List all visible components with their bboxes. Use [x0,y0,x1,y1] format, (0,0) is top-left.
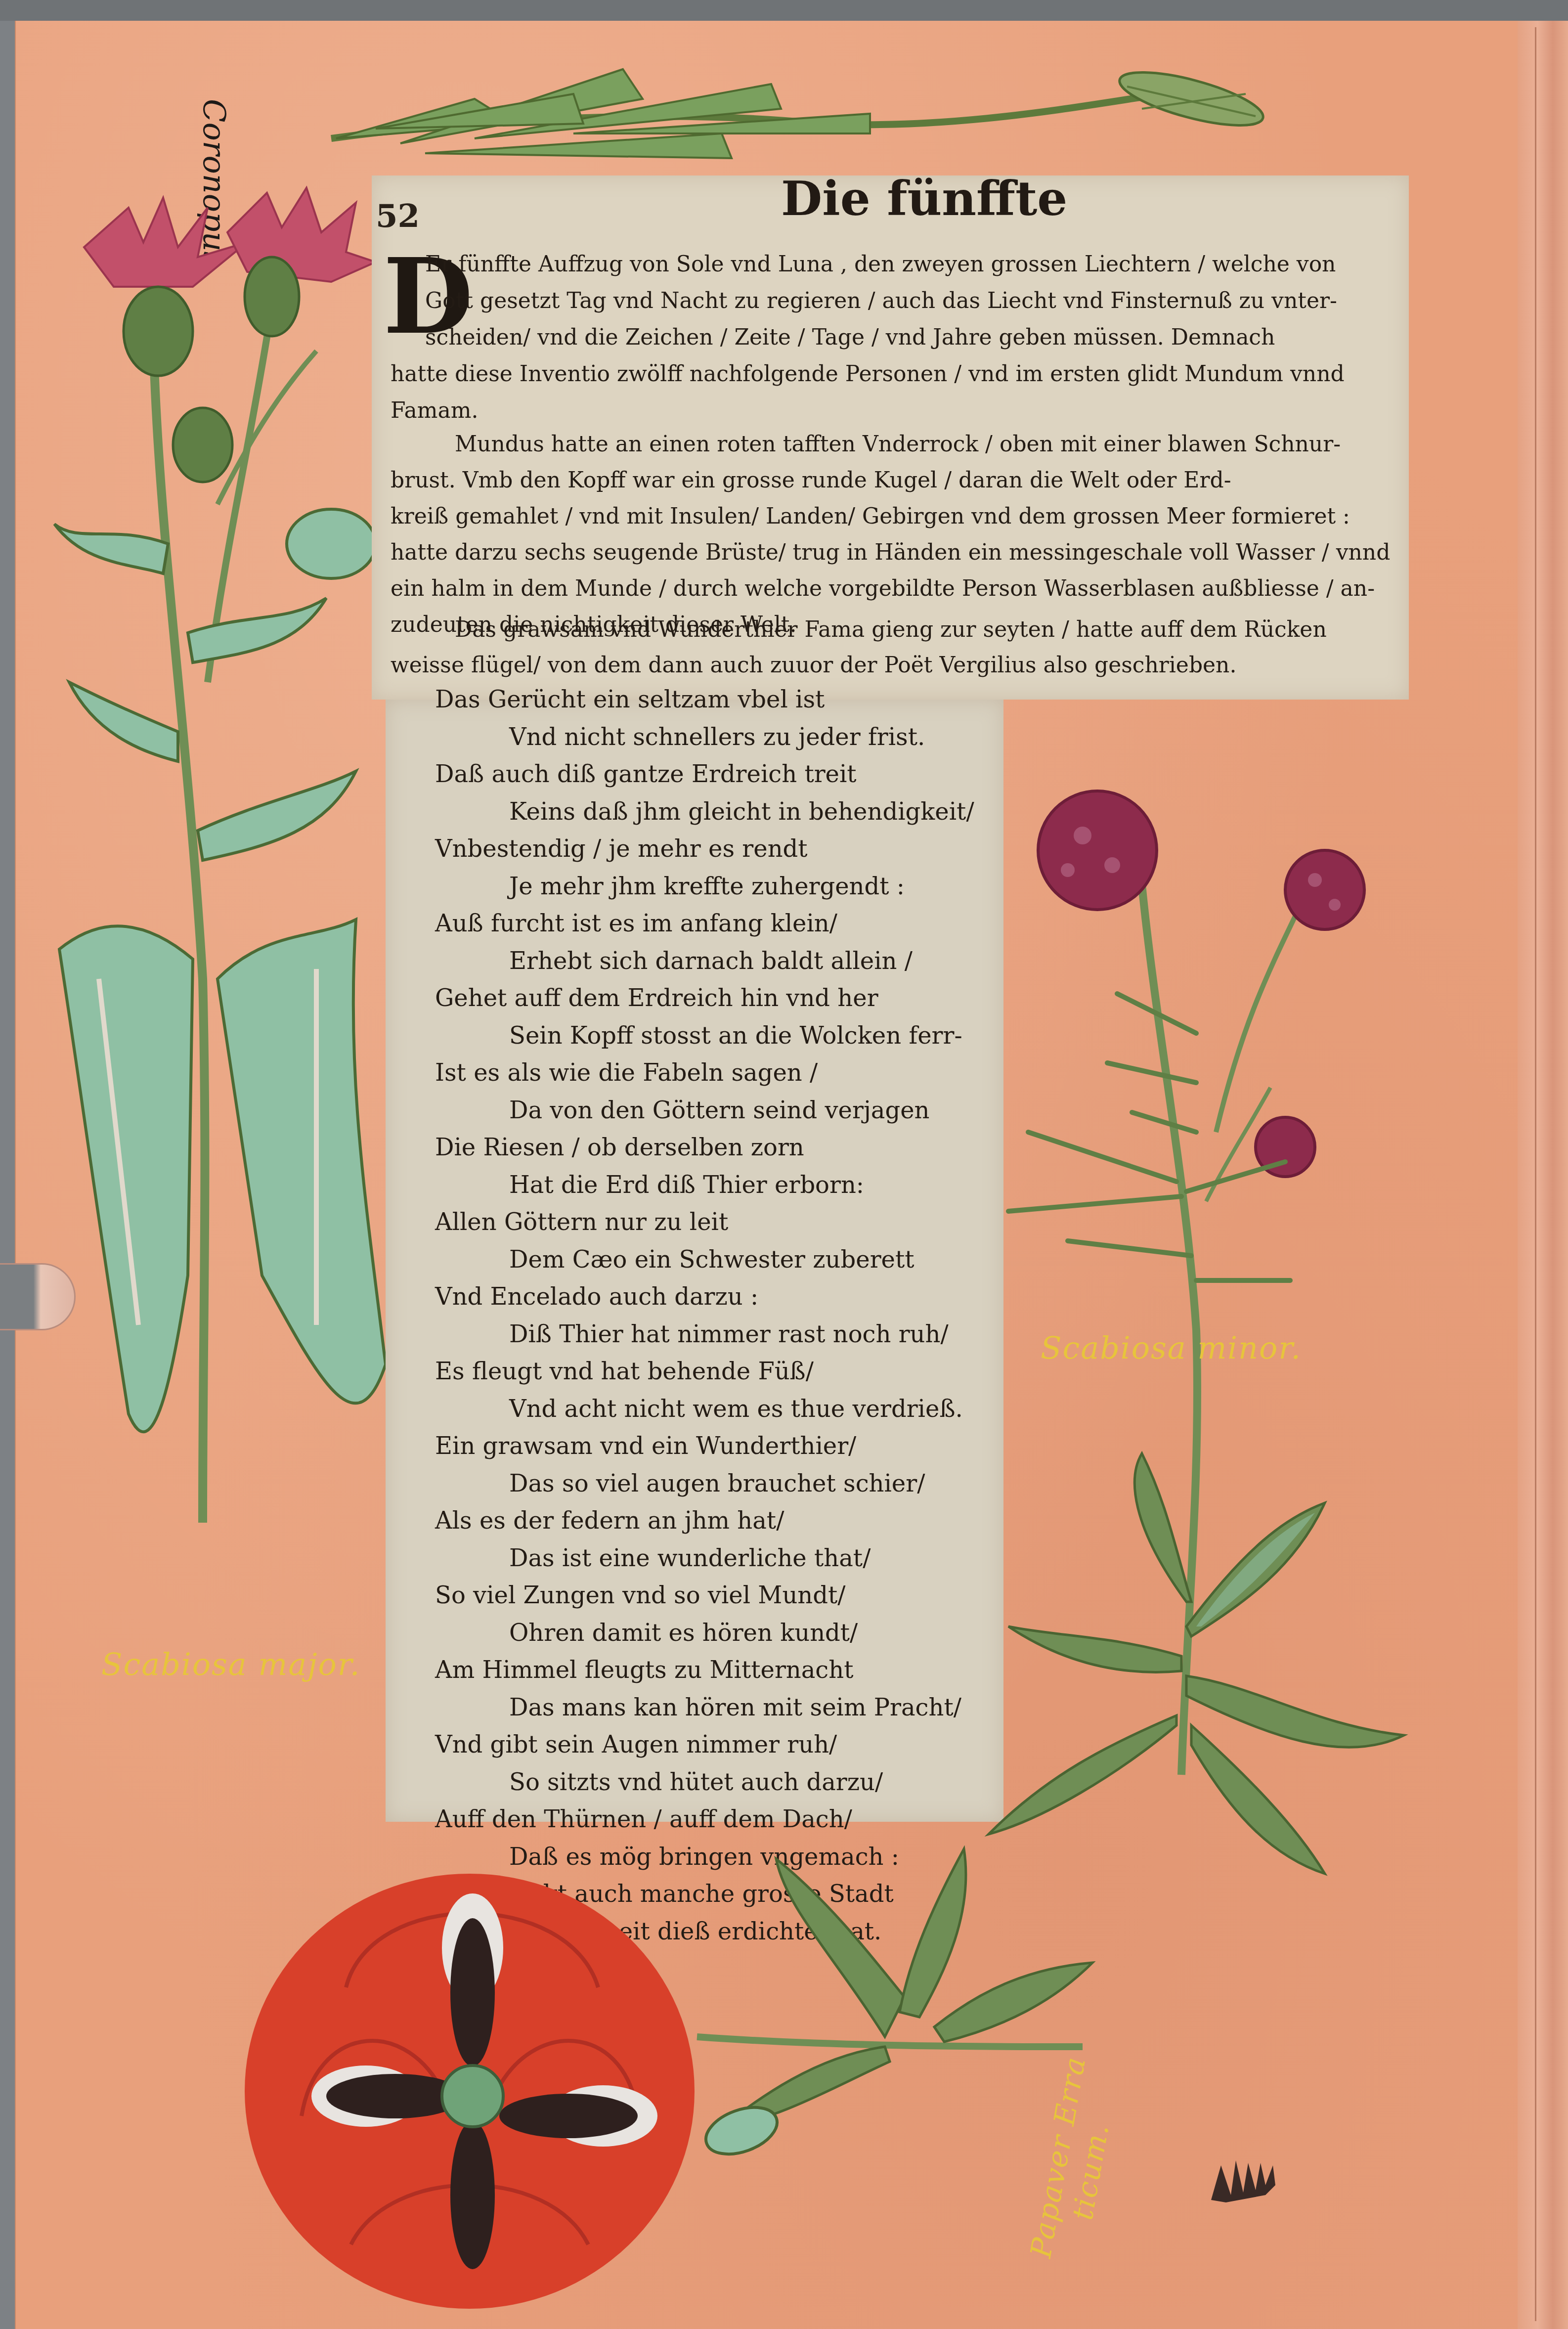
poem-line: Als es der federn an jhm hat/ [435,1502,974,1540]
poem-line: Auß furcht ist es im anfang klein/ [435,905,974,943]
poem-line: So viel Zungen vnd so viel Mundt/ [435,1577,974,1615]
poem-line: Das so viel augen brauchet schier/ [435,1465,974,1503]
poem-line: Erhebt sich darnach baldt allein / [435,943,974,980]
page-edge-line [1535,27,1536,2321]
poem-line: Das ist eine wunderliche that/ [435,1540,974,1578]
poem-line: Allen Göttern nur zu leit [435,1204,974,1241]
poem-line: Vnd gibt sein Augen nimmer ruh/ [435,1726,974,1764]
poem-line: Am Himmel fleugts zu Mitternacht [435,1652,974,1689]
poem-line: Dem Cæo ein Schwester zuberett [435,1241,974,1279]
paragraph-line: brust. Vmb den Kopff war ein grosse rund… [391,462,1390,498]
poem-line: Vnd Encelado auch darzu : [435,1278,974,1316]
thistle-flower-2 [227,188,376,336]
poem-line: Die Riesen / ob derselben zorn [435,1129,974,1167]
paragraph-line: scheiden/ vnd die Zeichen / Zeite / Tage… [425,319,1337,356]
paragraph-line: Gott gesetzt Tag vnd Nacht zu regieren /… [425,283,1337,319]
poem-line: Vnd acht nicht wem es thue verdrieß. [435,1391,974,1428]
book-gutter [1518,21,1568,2329]
poem-line: So sitzts vnd hütet auch darzu/ [435,1764,974,1802]
poem-line: Ist es als wie die Fabeln sagen / [435,1055,974,1092]
poem-line: Hat die Erd diß Thier erborn: [435,1167,974,1204]
paragraph-line: weisse flügel/ von dem dann auch zuuor d… [391,648,1327,683]
poem-line: Es fleugt vnd hat behende Füß/ [435,1353,974,1391]
paragraph-line: hatte darzu sechs seugende Brüste/ trug … [391,534,1390,571]
poem-line: Auff den Thürnen / auff dem Dach/ [435,1801,974,1839]
poem-line: Je mehr jhm kreffte zuhergendt : [435,868,974,906]
paragraph-line: ein halm in dem Munde / durch welche vor… [391,571,1390,607]
poem-line: Ein grawsam vnd ein Wunderthier/ [435,1428,974,1465]
paragraph-line: Er fünffte Auffzug von Sole vnd Luna , d… [425,246,1337,283]
poem-line: Daß auch diß gantze Erdreich treit [435,756,974,793]
paragraph-line: Das grawsam vnd Wunderthier Fama gieng z… [391,612,1327,648]
grass-spike-illustration [326,40,1340,178]
insect-illustration [1206,2155,1285,2205]
paragraph-1: Er fünffte Auffzug von Sole vnd Luna , d… [425,246,1337,356]
paragraph-line: Mundus hatte an einen roten tafften Vnde… [391,426,1390,462]
poem-line: Vnd nicht schnellers zu jeder frist. [435,719,974,756]
poem-line: Diß Thier hat nimmer rast noch ruh/ [435,1316,974,1354]
poem-line: Vnbestendig / je mehr es rendt [435,831,974,868]
poem-line: Das mans kan hören mit seim Pracht/ [435,1689,974,1727]
scanner-thumb [0,1263,76,1330]
poem-line: Keins daß jhm gleicht in behendigkeit/ [435,793,974,831]
poem-line: Das Gerücht ein seltzam vbel ist [435,681,974,719]
scan-background-top [0,0,1568,21]
paragraph-line: Famam. [391,393,1345,429]
paragraph-line: kreiß gemahlet / vnd mit Insulen/ Landen… [391,498,1390,534]
poem-line: Gehet auff dem Erdreich hin vnd her [435,980,974,1017]
paragraph-3: Das grawsam vnd Wunderthier Fama gieng z… [391,612,1327,683]
poem-verse: Das Gerücht ein seltzam vbel ist Vnd nic… [435,681,974,1950]
scabiosa-major-label: Scabiosa major. [101,1646,360,1682]
page-number: 52 [376,198,420,235]
paragraph-1-cont: hatte diese Inventio zwölff nachfolgende… [391,356,1345,429]
poem-line: Ohren damit es hören kundt/ [435,1615,974,1652]
poem-line: Sein Kopff stosst an die Wolcken ferr- [435,1017,974,1055]
scabiosa-major-illustration [40,188,395,1651]
thistle-flower-1 [84,198,247,376]
paragraph-line: hatte diese Inventio zwölff nachfolgende… [391,356,1345,393]
page-heading: Die fünffte [781,171,1067,226]
poem-line: Da von den Göttern seind verjagen [435,1092,974,1130]
paragraph-2: Mundus hatte an einen roten tafften Vnde… [391,426,1390,643]
scabiosa-minor-label: Scabiosa minor. [1041,1330,1302,1366]
